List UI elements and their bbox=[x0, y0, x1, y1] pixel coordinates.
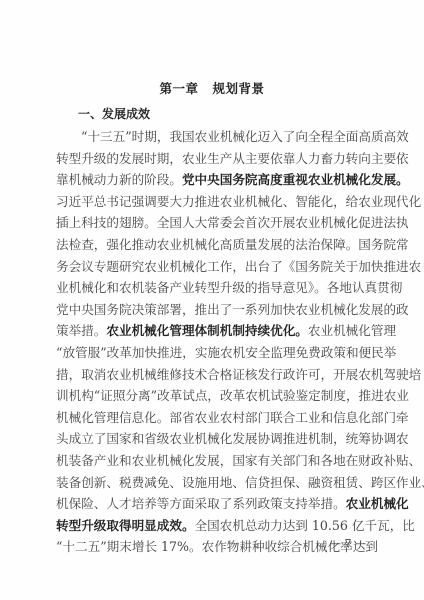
text-line: 法检查，强化推动农业机械化高质量发展的法治保障。国务院常 bbox=[56, 234, 368, 256]
chapter-name: 规划背景 bbox=[213, 81, 265, 96]
text-segment: 全国农机总动力达到 10.56 亿千瓦，比 bbox=[195, 518, 415, 533]
bold-text-segment: 农业机械化管理体制机制持续优化。 bbox=[106, 323, 308, 338]
text-line: 务会议专题研究农业机械化工作，出台了《国务院关于加快推进农 bbox=[56, 256, 368, 278]
text-line: 策举措。农业机械化管理体制机制持续优化。农业机械化管理 bbox=[56, 320, 368, 342]
page-number: — 7 — bbox=[330, 537, 366, 550]
text-line: 机械化管理信息化。部省农业农村部门联合工业和信息化部门牵 bbox=[56, 407, 368, 429]
text-segment: 转型升级的发展时期，农业生产从主要依靠人力畜力转向主要依 bbox=[56, 151, 409, 166]
document-page: 第一章规划背景 一、发展成效 “十三五”时期，我国农业机械化迈入了向全程全面高质… bbox=[0, 0, 424, 600]
text-line: 机装备产业和农业机械化发展，国家有关部门和各地在财政补贴、 bbox=[56, 450, 368, 472]
bold-text-segment: 党中央国务院高度重视农业机械化发展。 bbox=[182, 172, 409, 187]
text-segment: 装备创新、税费减免、设施用地、信贷担保、融资租赁、跨区作业、农 bbox=[56, 475, 424, 490]
text-segment: 头成立了国家和省级农业机械化发展协调推进机制，统筹协调农 bbox=[56, 431, 409, 446]
text-segment: 农业机械化管理 bbox=[308, 323, 396, 338]
text-segment: 党中央国务院决策部署，推出了一系列加快农业机械化发展的政 bbox=[56, 302, 409, 317]
text-segment: 法检查，强化推动农业机械化高质量发展的法治保障。国务院常 bbox=[56, 237, 409, 252]
text-line: “放管服”改革加快推进，实施农机安全监理免费政策和便民举 bbox=[56, 342, 368, 364]
text-line: 习近平总书记强调要大力推进农业机械化、智能化，给农业现代化 bbox=[56, 191, 368, 213]
text-line: 训机构“证照分离”改革试点，改革农机试验鉴定制度，推进农业 bbox=[56, 385, 368, 407]
section-heading: 一、发展成效 bbox=[78, 105, 150, 122]
text-segment: 策举措。 bbox=[56, 323, 106, 338]
text-segment: 靠机械动力新的阶段。 bbox=[56, 172, 182, 187]
text-segment: 机装备产业和农业机械化发展，国家有关部门和各地在财政补贴、 bbox=[56, 453, 421, 468]
bold-text-segment: 转型升级取得明显成效。 bbox=[56, 518, 195, 533]
text-segment: 机械化管理信息化。部省农业农村部门联合工业和信息化部门牵 bbox=[56, 410, 409, 425]
text-line: 转型升级的发展时期，农业生产从主要依靠人力畜力转向主要依 bbox=[56, 148, 368, 170]
text-line: 转型升级取得明显成效。全国农机总动力达到 10.56 亿千瓦，比 bbox=[56, 515, 368, 537]
bold-text-segment: 农业机械化 bbox=[346, 496, 409, 511]
text-segment: 训机构“证照分离”改革试点，改革农机试验鉴定制度，推进农业 bbox=[56, 388, 409, 403]
chapter-number: 第一章 bbox=[159, 81, 198, 96]
text-line: “十三五”时期，我国农业机械化迈入了向全程全面高质高效 bbox=[56, 126, 368, 148]
text-line: 机保险、人才培养等方面采取了系列政策支持举措。农业机械化 bbox=[56, 493, 368, 515]
text-line: 靠机械动力新的阶段。党中央国务院高度重视农业机械化发展。 bbox=[56, 169, 368, 191]
text-segment: 务会议专题研究农业机械化工作，出台了《国务院关于加快推进农 bbox=[56, 259, 421, 274]
text-segment: 机保险、人才培养等方面采取了系列政策支持举措。 bbox=[56, 496, 346, 511]
text-segment: 习近平总书记强调要大力推进农业机械化、智能化，给农业现代化 bbox=[56, 194, 421, 209]
text-line: 插上科技的翅膀。全国人大常委会首次开展农业机械化促进法执 bbox=[56, 212, 368, 234]
text-line: 装备创新、税费减免、设施用地、信贷担保、融资租赁、跨区作业、农 bbox=[56, 472, 368, 494]
text-line: 党中央国务院决策部署，推出了一系列加快农业机械化发展的政 bbox=[56, 299, 368, 321]
text-line: “十二五”期末增长 17%。农作物耕种收综合机械化率达到 bbox=[56, 536, 368, 558]
text-segment: 业机械化和农机装备产业转型升级的指导意见》。各地认真贯彻 bbox=[56, 280, 402, 295]
text-segment: 措，取消农业机械维修技术合格证核发行政许可，开展农机驾驶培 bbox=[56, 367, 421, 382]
text-line: 业机械化和农机装备产业转型升级的指导意见》。各地认真贯彻 bbox=[56, 277, 368, 299]
chapter-title: 第一章规划背景 bbox=[0, 79, 424, 97]
text-segment: “十三五”时期，我国农业机械化迈入了向全程全面高质高效 bbox=[81, 129, 409, 144]
text-segment: “放管服”改革加快推进，实施农机安全监理免费政策和便民举 bbox=[56, 345, 396, 360]
text-line: 头成立了国家和省级农业机械化发展协调推进机制，统筹协调农 bbox=[56, 428, 368, 450]
text-segment: 插上科技的翅膀。全国人大常委会首次开展农业机械化促进法执 bbox=[56, 215, 409, 230]
text-line: 措，取消农业机械维修技术合格证核发行政许可，开展农机驾驶培 bbox=[56, 364, 368, 386]
body-paragraph: “十三五”时期，我国农业机械化迈入了向全程全面高质高效转型升级的发展时期，农业生… bbox=[56, 126, 368, 558]
